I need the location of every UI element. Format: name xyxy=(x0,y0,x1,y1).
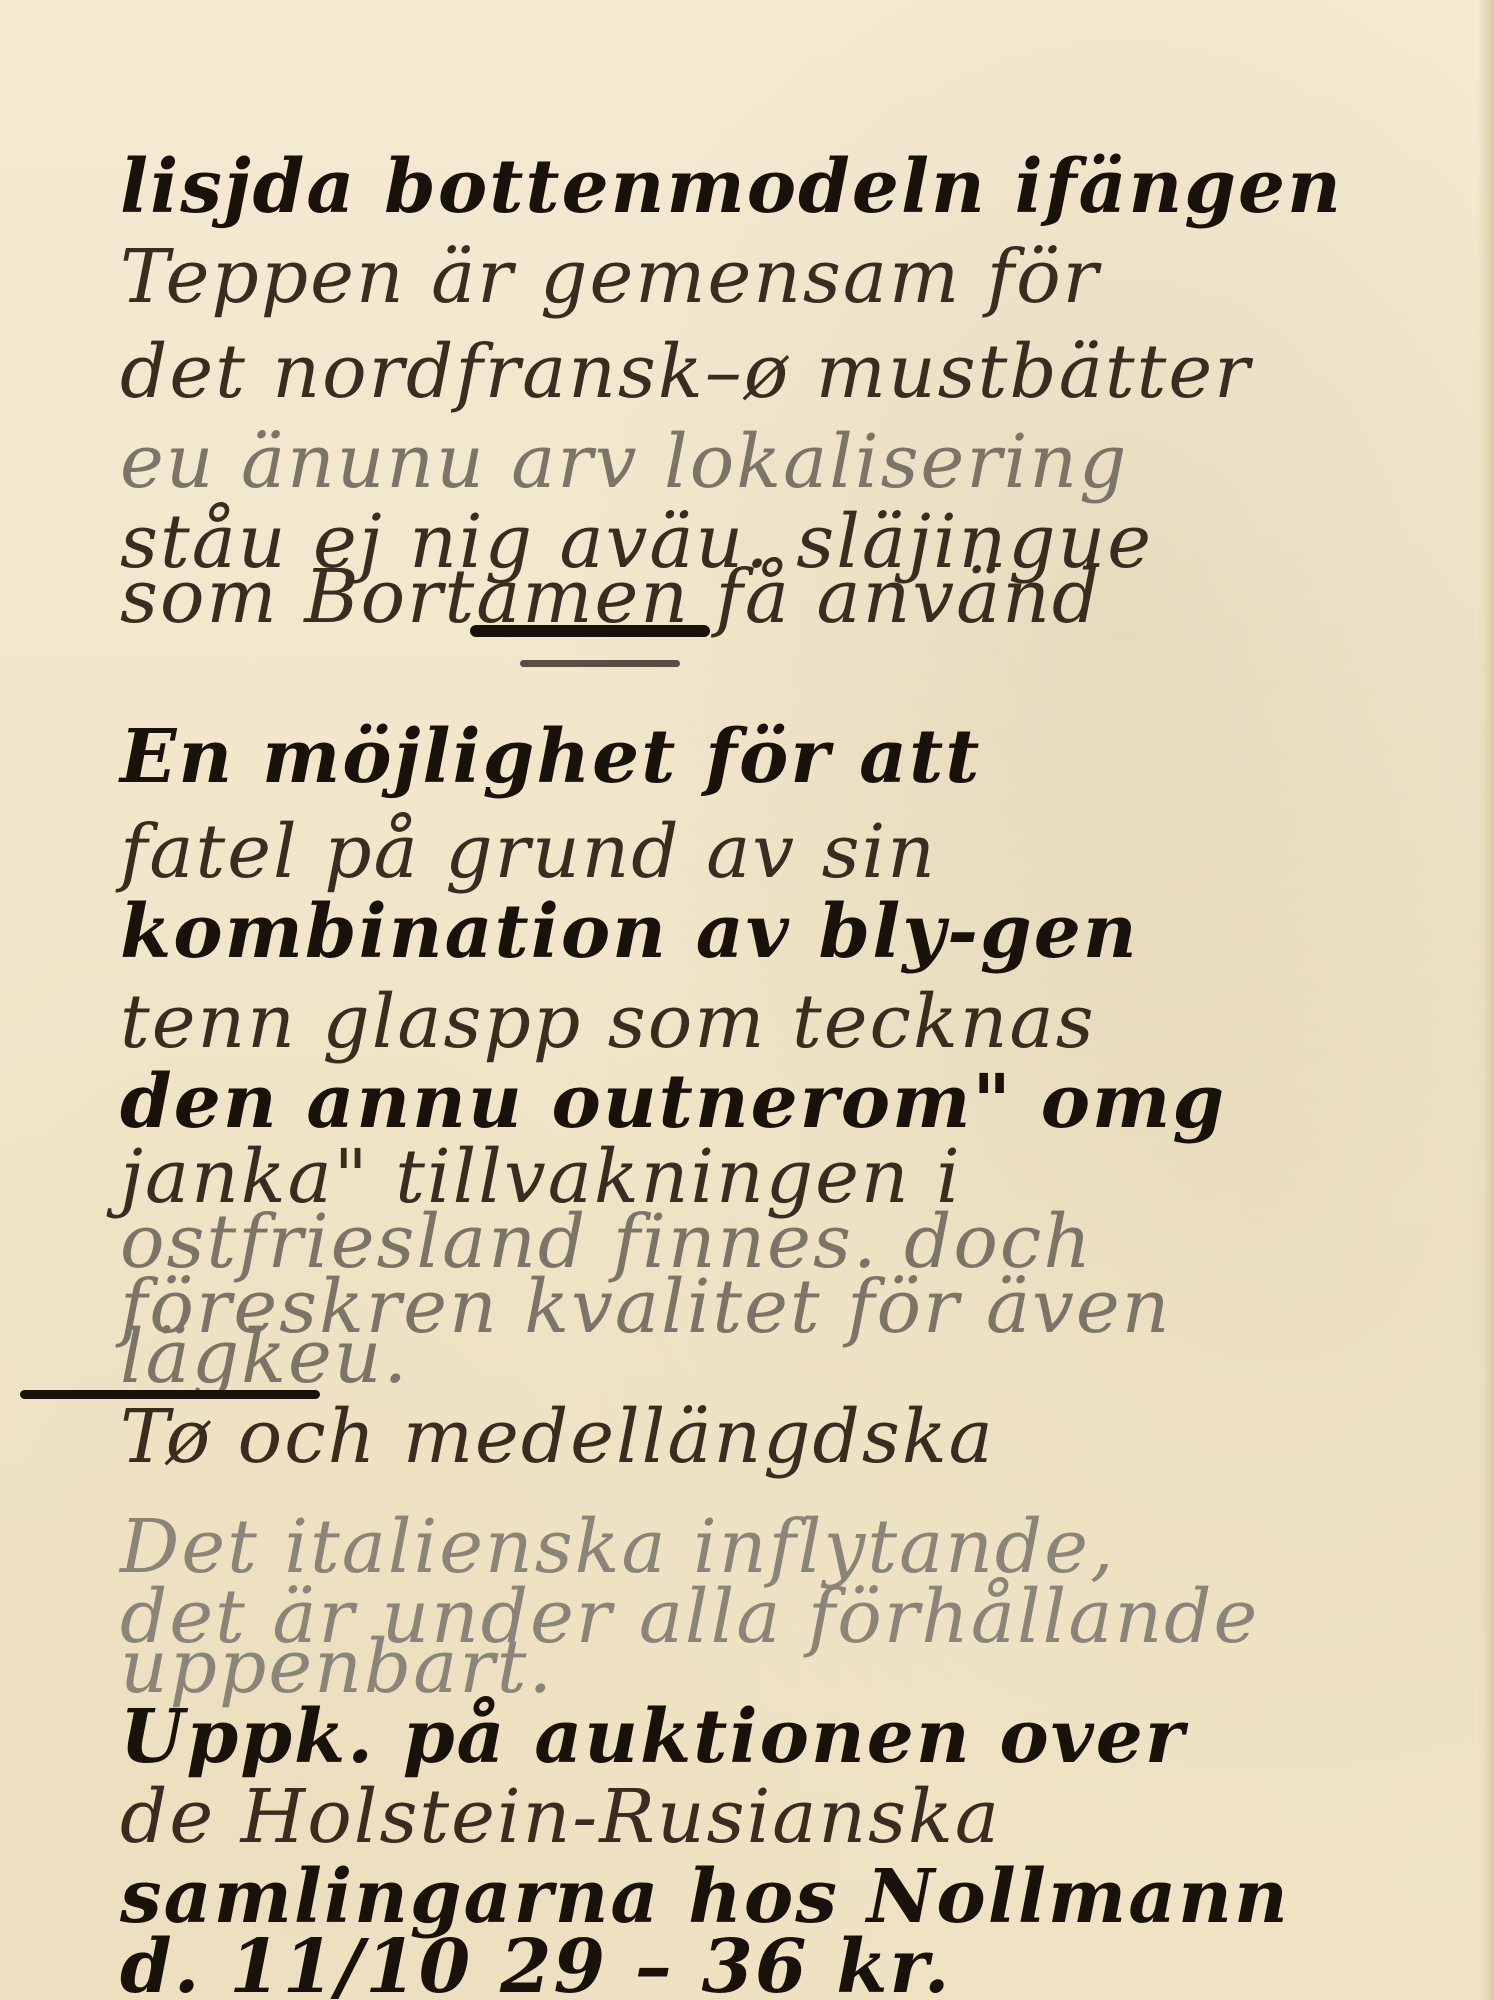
manuscript-line: En möjlighet för att xyxy=(120,720,981,794)
manuscript-line: samlingarna hos Nollmann xyxy=(120,1860,1290,1934)
manuscript-line: tenn glaspp som tecknas xyxy=(120,985,1096,1059)
manuscript-line: Det italienska inflytande, xyxy=(120,1510,1116,1584)
underline-mark xyxy=(520,660,680,667)
manuscript-line: lisjda bottenmodeln ifängen xyxy=(120,150,1343,224)
manuscript-line: Uppk. på auktionen over xyxy=(120,1700,1186,1774)
manuscript-line: lägkeu. xyxy=(120,1320,409,1394)
underline-mark xyxy=(470,625,710,637)
manuscript-line: d. 11/10 29 – 36 kr. xyxy=(120,1930,952,2000)
manuscript-line: Teppen är gemensam för xyxy=(120,240,1100,314)
manuscript-line: kombination av bly-gen xyxy=(120,895,1139,969)
paper-edge xyxy=(1478,0,1494,2000)
manuscript-line: de Holstein-Rusianska xyxy=(120,1780,1001,1854)
manuscript-line: eu änunu arv lokalisering xyxy=(120,425,1128,499)
manuscript-line: som Bortamen få använd xyxy=(120,560,1101,634)
manuscript-heading: Tø och medellängdska xyxy=(120,1400,995,1474)
manuscript-line: uppenbart. xyxy=(120,1630,554,1704)
manuscript-line: det nordfransk–ø mustbätter xyxy=(120,335,1251,409)
manuscript-line: fatel på grund av sin xyxy=(120,815,937,889)
manuscript-line: den annu outnerom" omg xyxy=(120,1065,1226,1139)
